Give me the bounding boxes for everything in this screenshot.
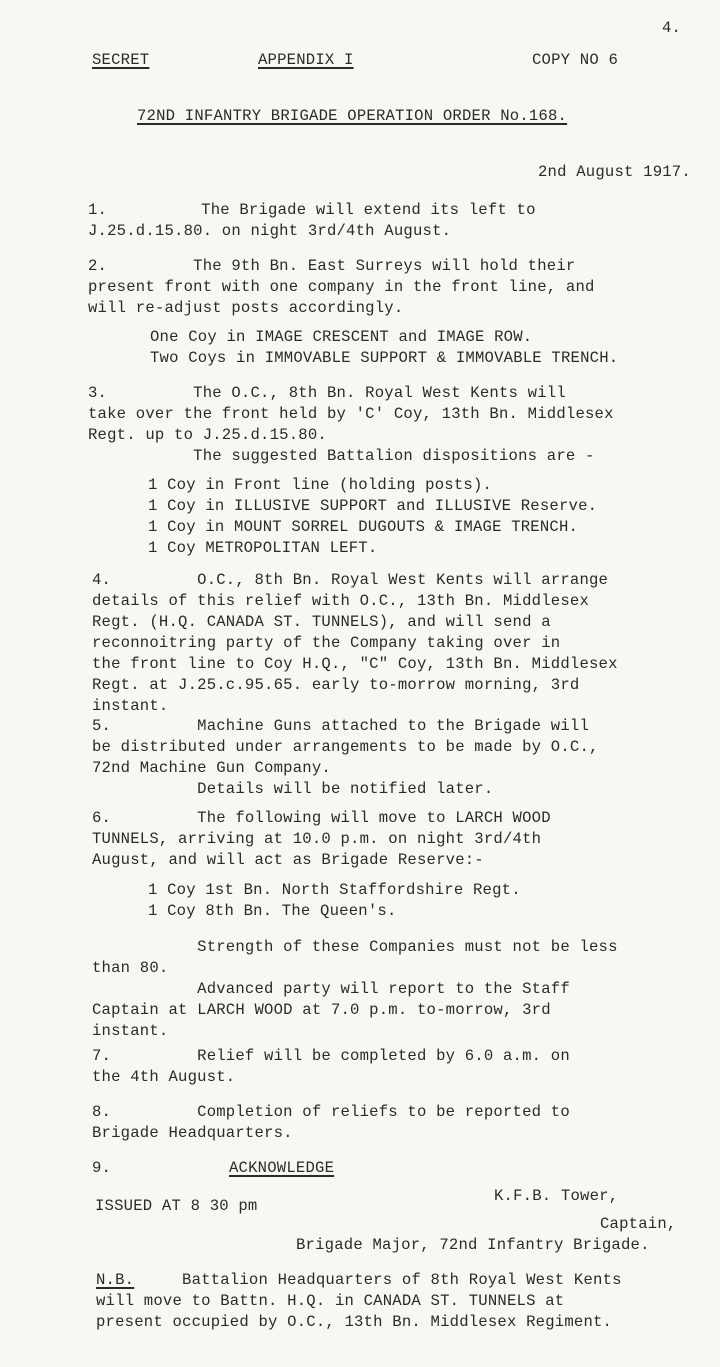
paragraph-line: instant. <box>92 1021 712 1042</box>
paragraph-5: 5. Machine Guns attached to the Brigade … <box>92 716 712 800</box>
paragraph-line: 72nd Machine Gun Company. <box>92 758 712 779</box>
paragraph-line: Machine Guns attached to the Brigade wil… <box>92 716 712 737</box>
paragraph-line: Regt. up to J.25.d.15.80. <box>88 425 708 446</box>
paragraph-line: O.C., 8th Bn. Royal West Kents will arra… <box>92 570 712 591</box>
appendix-label: APPENDIX I <box>258 50 354 71</box>
paragraph-line: Completion of reliefs to be reported to <box>92 1102 712 1123</box>
paragraph-3-sublist: 1 Coy in Front line (holding posts). 1 C… <box>148 475 720 559</box>
paragraph-number: 1. <box>88 200 107 221</box>
paragraph-number: 2. <box>88 256 107 277</box>
document-title: 72ND INFANTRY BRIGADE OPERATION ORDER No… <box>137 106 567 127</box>
paragraph-number: 6. <box>92 808 111 829</box>
paragraph-number: 8. <box>92 1102 111 1123</box>
paragraph-line: than 80. <box>92 958 712 979</box>
paragraph-line: Brigade Headquarters. <box>92 1123 712 1144</box>
paragraph-line: Details will be notified later. <box>92 779 712 800</box>
paragraph-4: 4. O.C., 8th Bn. Royal West Kents will a… <box>92 570 712 717</box>
paragraph-line: Regt. (H.Q. CANADA ST. TUNNELS), and wil… <box>92 612 712 633</box>
paragraph-line: Advanced party will report to the Staff <box>92 979 712 1000</box>
note-line: will move to Battn. H.Q. in CANADA ST. T… <box>96 1291 716 1312</box>
paragraph-line: Regt. at J.25.c.95.65. early to-morrow m… <box>92 675 712 696</box>
paragraph-2-sublist: One Coy in IMAGE CRESCENT and IMAGE ROW.… <box>150 327 720 369</box>
paragraph-number: 5. <box>92 716 111 737</box>
note-line: Battalion Headquarters of 8th Royal West… <box>134 1271 621 1289</box>
list-item: Two Coys in IMMOVABLE SUPPORT & IMMOVABL… <box>150 348 720 369</box>
nb-label: N.B. <box>96 1271 134 1289</box>
paragraph-number: 3. <box>88 383 107 404</box>
list-item: One Coy in IMAGE CRESCENT and IMAGE ROW. <box>150 327 720 348</box>
paragraph-line: Relief will be completed by 6.0 a.m. on <box>92 1046 712 1067</box>
paragraph-line: August, and will act as Brigade Reserve:… <box>92 850 712 871</box>
classification-label: SECRET <box>92 50 149 71</box>
paragraph-line: The Brigade will extend its left to <box>96 200 716 221</box>
paragraph-6-continued: Strength of these Companies must not be … <box>92 937 712 1042</box>
paragraph-line: The following will move to LARCH WOOD <box>92 808 712 829</box>
list-item: 1 Coy in Front line (holding posts). <box>148 475 720 496</box>
paragraph-line: Captain at LARCH WOOD at 7.0 p.m. to-mor… <box>92 1000 712 1021</box>
paragraph-8: 8. Completion of reliefs to be reported … <box>92 1102 712 1144</box>
paragraph-6: 6. The following will move to LARCH WOOD… <box>92 808 712 871</box>
paragraph-2: 2. The 9th Bn. East Surreys will hold th… <box>88 256 708 319</box>
list-item: 1 Coy in ILLUSIVE SUPPORT and ILLUSIVE R… <box>148 496 720 517</box>
paragraph-line: details of this relief with O.C., 13th B… <box>92 591 712 612</box>
order-date: 2nd August 1917. <box>538 162 691 183</box>
paragraph-9-number: 9. <box>92 1158 111 1179</box>
paragraph-line: present front with one company in the fr… <box>88 277 708 298</box>
paragraph-line: TUNNELS, arriving at 10.0 p.m. on night … <box>92 829 712 850</box>
list-item: 1 Coy METROPOLITAN LEFT. <box>148 538 720 559</box>
page-number: 4. <box>662 18 681 39</box>
acknowledge-label: ACKNOWLEDGE <box>229 1158 334 1179</box>
paragraph-number: 4. <box>92 570 111 591</box>
issued-time: ISSUED AT 8 30 pm <box>95 1196 257 1217</box>
paragraph-6-sublist: 1 Coy 1st Bn. North Staffordshire Regt. … <box>148 880 720 922</box>
list-item: 1 Coy 8th Bn. The Queen's. <box>148 901 720 922</box>
signatory-name: K.F.B. Tower, <box>494 1186 618 1207</box>
list-item: 1 Coy in MOUNT SORREL DUGOUTS & IMAGE TR… <box>148 517 720 538</box>
copy-number: COPY NO 6 <box>532 50 618 71</box>
paragraph-line: instant. <box>92 696 712 717</box>
paragraph-line: be distributed under arrangements to be … <box>92 737 712 758</box>
paragraph-line: The 9th Bn. East Surreys will hold their <box>88 256 708 277</box>
paragraph-line: the front line to Coy H.Q., "C" Coy, 13t… <box>92 654 712 675</box>
paragraph-line: the 4th August. <box>92 1067 712 1088</box>
paragraph-1: 1. The Brigade will extend its left to J… <box>96 200 716 242</box>
paragraph-7: 7. Relief will be completed by 6.0 a.m. … <box>92 1046 712 1088</box>
nota-bene: N.B. Battalion Headquarters of 8th Royal… <box>96 1270 716 1333</box>
paragraph-line: take over the front held by 'C' Coy, 13t… <box>88 404 708 425</box>
paragraph-line: Strength of these Companies must not be … <box>92 937 712 958</box>
paragraph-line: The suggested Battalion dispositions are… <box>88 446 708 467</box>
paragraph-line: will re-adjust posts accordingly. <box>88 298 708 319</box>
paragraph-3: 3. The O.C., 8th Bn. Royal West Kents wi… <box>88 383 708 467</box>
paragraph-number: 7. <box>92 1046 111 1067</box>
signatory-appointment: Brigade Major, 72nd Infantry Brigade. <box>296 1235 650 1256</box>
list-item: 1 Coy 1st Bn. North Staffordshire Regt. <box>148 880 720 901</box>
signatory-rank: Captain, <box>600 1214 676 1235</box>
note-line: present occupied by O.C., 13th Bn. Middl… <box>96 1312 716 1333</box>
paragraph-line: The O.C., 8th Bn. Royal West Kents will <box>88 383 708 404</box>
paragraph-line: reconnoitring party of the Company takin… <box>92 633 712 654</box>
paragraph-line: J.25.d.15.80. on night 3rd/4th August. <box>88 221 716 242</box>
